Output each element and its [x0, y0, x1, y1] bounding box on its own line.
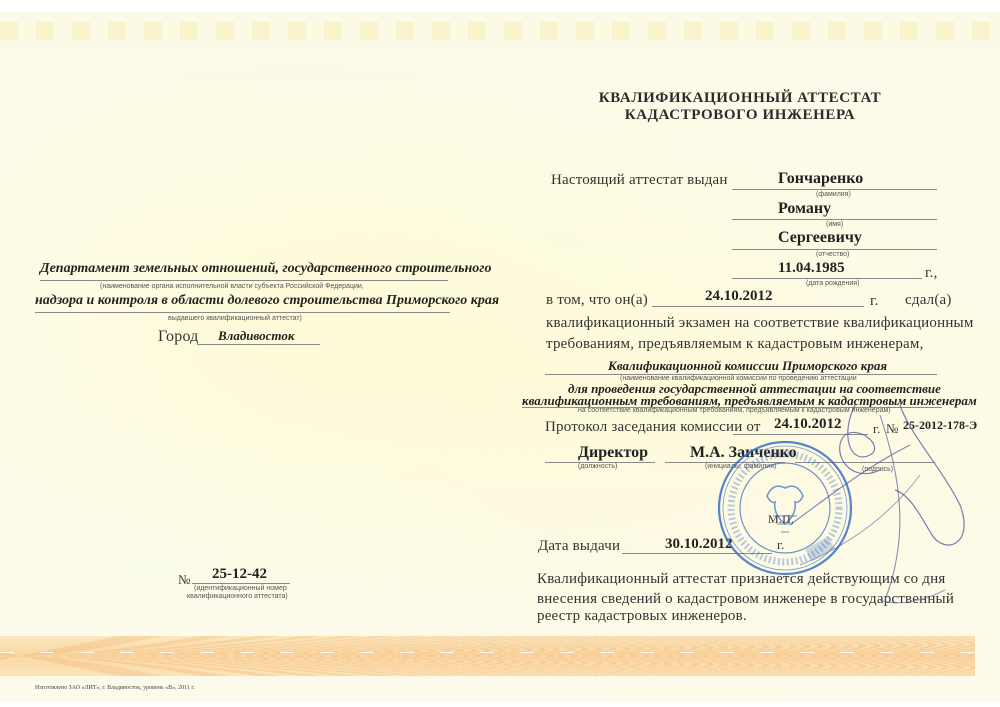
city-underline [197, 344, 320, 345]
issuer-line-1: Департамент земельных отношений, государ… [40, 261, 491, 277]
bottom-security-band [0, 636, 975, 676]
issued-to-label: Настоящий аттестат выдан [551, 172, 728, 189]
patronymic-caption: (отчество) [816, 251, 849, 258]
birth-date-value: 11.04.1985 [778, 260, 845, 277]
exam-date-value: 24.10.2012 [705, 288, 773, 305]
patronymic-value: Сергеевичу [778, 229, 862, 247]
exam-prefix: в том, что он(а) [546, 292, 648, 309]
surname-caption: (фамилия) [816, 191, 851, 198]
exam-text-line-2: требованиям, предъявляемым к кадастровым… [546, 336, 924, 353]
issuer-caption-1: (наименование органа исполнительной влас… [100, 283, 364, 290]
exam-date-underline [652, 306, 864, 307]
certificate-number-value: 25-12-42 [212, 566, 267, 583]
city-label: Город [158, 328, 199, 346]
position-caption: (должность) [578, 463, 617, 470]
position-value: Директор [578, 444, 648, 462]
signature-icon [760, 395, 990, 605]
commission-line-1: Квалификационной комиссии Приморского кр… [608, 358, 887, 374]
certificate-number-caption-1: (идентификационный номер [194, 585, 287, 592]
exam-suffix-g: г. [870, 293, 879, 310]
name-caption: (имя) [826, 221, 843, 228]
issuer-underline-2 [35, 312, 450, 313]
issuer-caption-2: выдавшего квалификационный аттестат) [168, 315, 302, 322]
issuer-line-2: надзора и контроля в области долевого ст… [35, 293, 499, 309]
certificate-title-line-1: КВАЛИФИКАЦИОННЫЙ АТТЕСТАТ [580, 90, 900, 107]
printer-footer: Изготовлено ЗАО «ЛИТ», г. Владивосток, у… [35, 685, 195, 691]
birth-date-underline [732, 278, 922, 279]
surname-underline [732, 189, 937, 190]
name-underline [732, 219, 937, 220]
certificate-title-line-2: КАДАСТРОВОГО ИНЖЕНЕРА [580, 107, 900, 124]
birth-date-suffix: г., [925, 265, 938, 282]
name-value: Роману [778, 200, 831, 218]
exam-text-line-1: квалификационный экзамен на соответствие… [546, 315, 974, 332]
protocol-label: Протокол заседания комиссии от [545, 419, 761, 436]
city-value: Владивосток [218, 328, 294, 344]
exam-suffix-passed: сдал(а) [905, 292, 952, 309]
surname-value: Гончаренко [778, 170, 863, 188]
certificate-number-underline [192, 583, 290, 584]
top-security-band [0, 22, 1000, 40]
patronymic-underline [732, 249, 937, 250]
issuer-underline-1 [40, 280, 448, 281]
birth-date-caption: (дата рождения) [806, 280, 859, 287]
validity-line-3: реестр кадастровых инженеров. [537, 608, 747, 625]
certificate-number-caption-2: квалификационного аттестата) [187, 593, 288, 600]
certificate-number-label: № [178, 572, 191, 588]
issue-date-label: Дата выдачи [538, 538, 620, 555]
